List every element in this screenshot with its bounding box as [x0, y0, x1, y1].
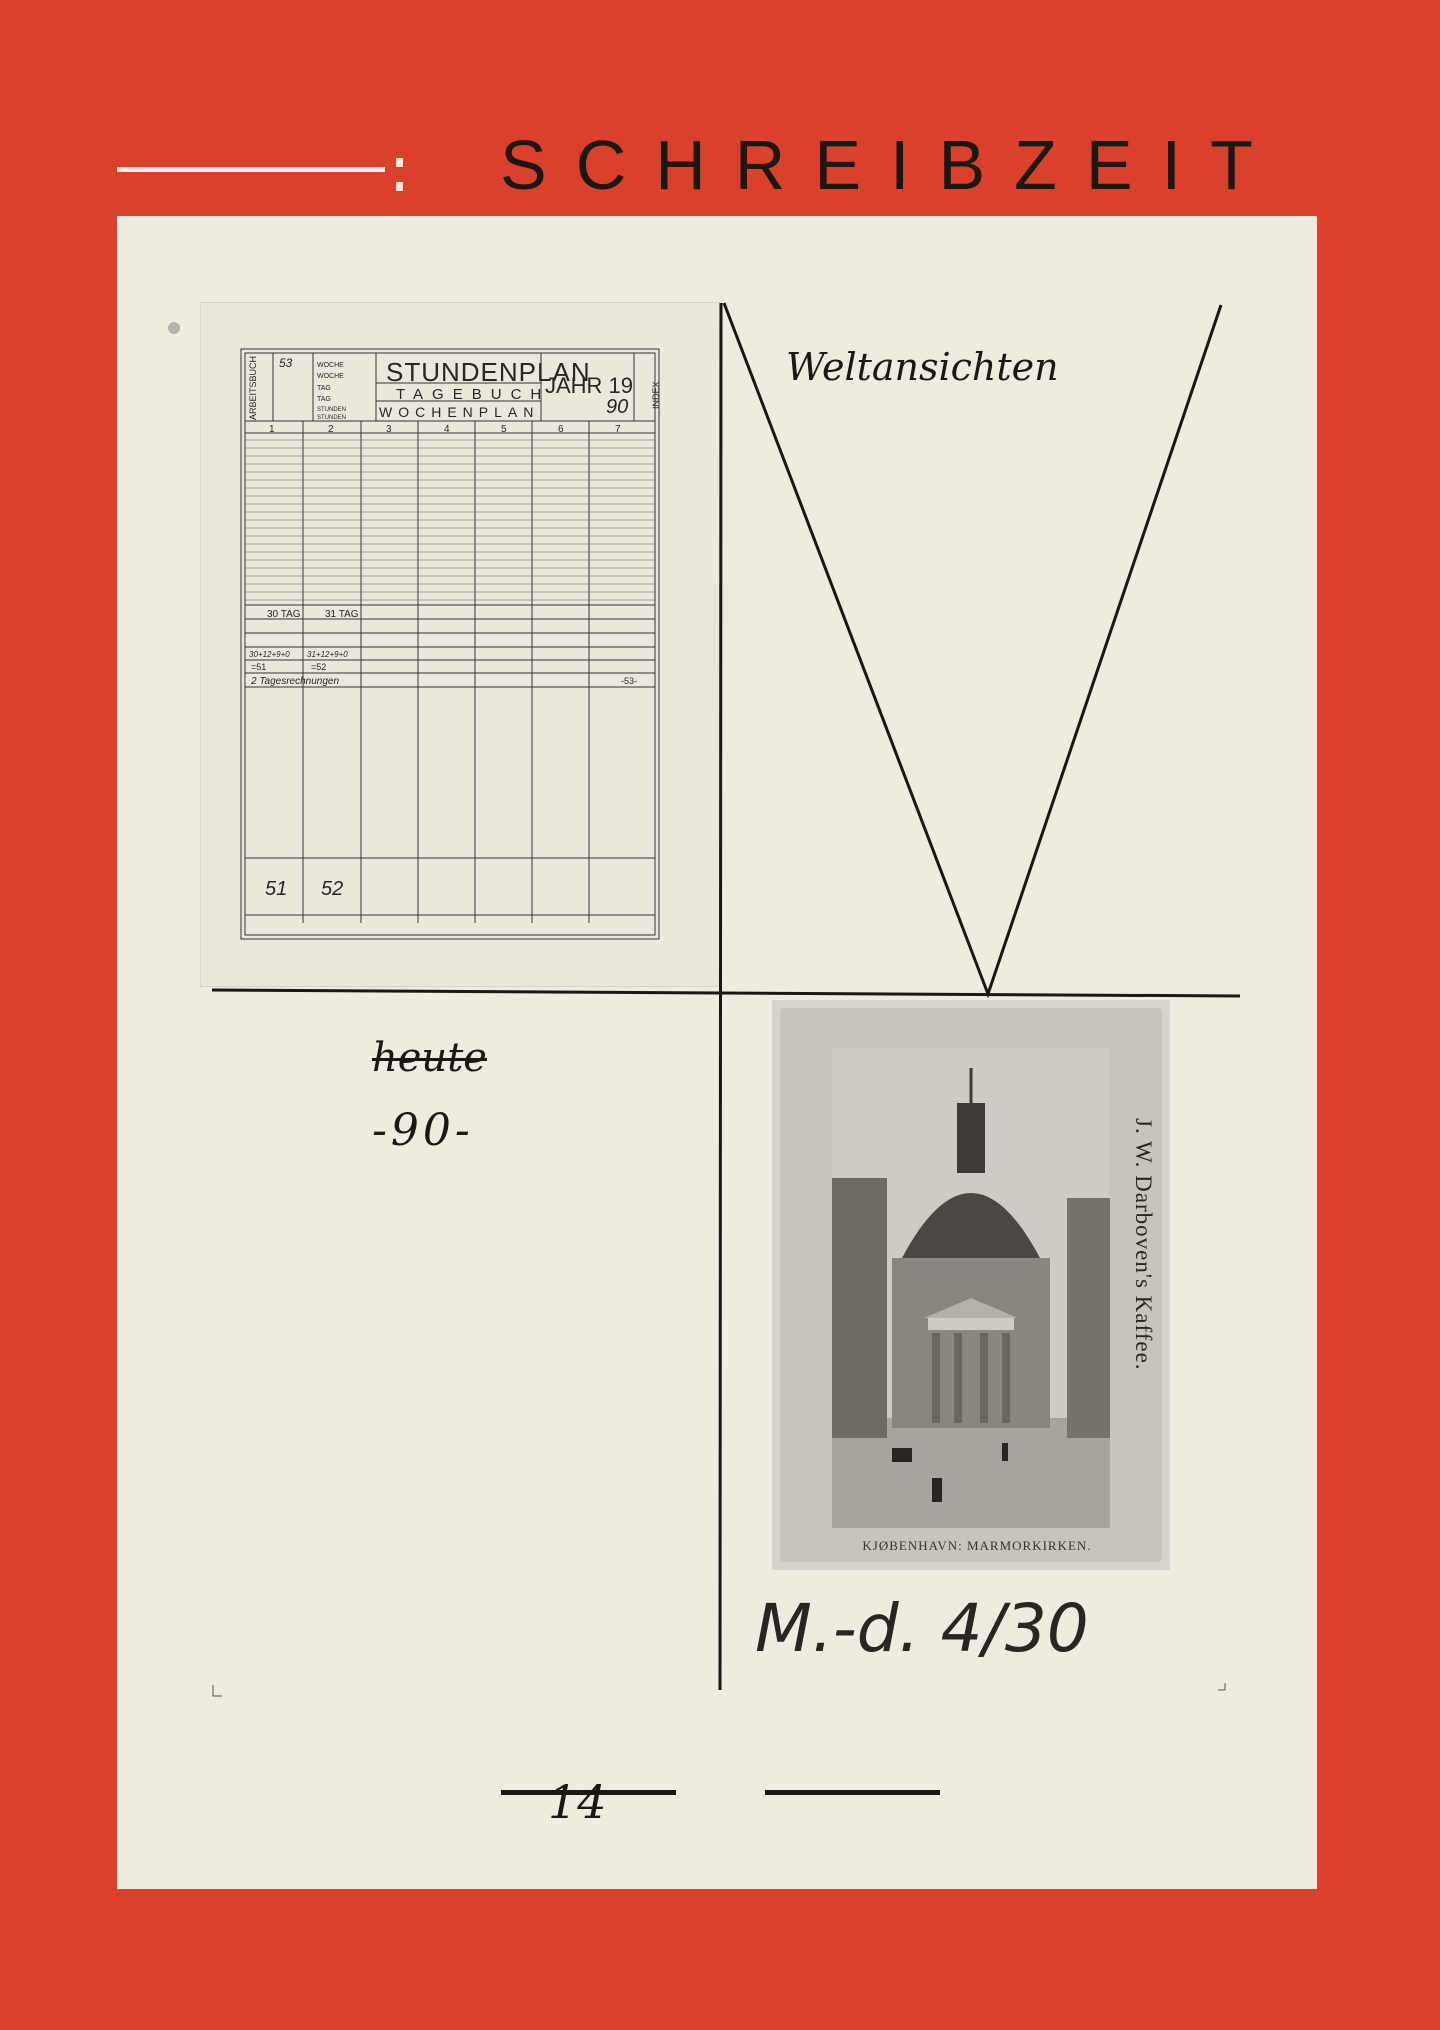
- page-number-rule-right: [765, 1790, 940, 1795]
- ninety-text: -90-: [372, 1105, 474, 1156]
- signature-text: M.-d. 4/30: [755, 1590, 1089, 1667]
- drawn-lines: [0, 0, 1440, 2030]
- postcard-face: J. W. Darboven's Kaffee. KJØBENHAVN: MAR…: [780, 1008, 1162, 1562]
- postcard: J. W. Darboven's Kaffee. KJØBENHAVN: MAR…: [772, 1000, 1170, 1570]
- page-number: 14: [548, 1775, 607, 1829]
- postcard-caption: KJØBENHAVN: MARMORKIRKEN.: [832, 1538, 1122, 1554]
- weltansichten-text: Weltansichten: [786, 345, 1059, 389]
- heute-crossed-text: heute: [372, 1035, 487, 1081]
- postcard-vertical-text: J. W. Darboven's Kaffee.: [1130, 1118, 1156, 1371]
- church-engraving: [832, 1048, 1110, 1528]
